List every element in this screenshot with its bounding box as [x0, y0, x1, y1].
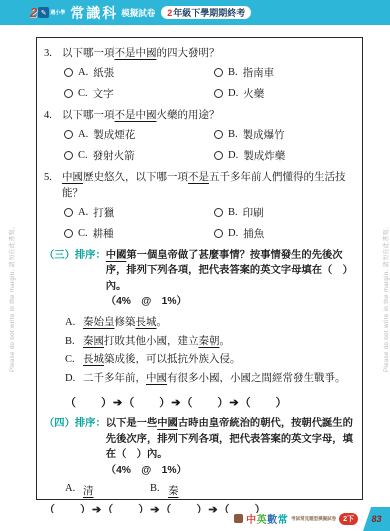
item-text: 秦國打敗其他小國，建立秦朝。: [83, 333, 230, 352]
margin-note-left: Please do not write in the margin. 請勿在此書…: [7, 222, 16, 372]
section-4-item-b: B. 秦: [150, 483, 235, 498]
pencil-icon: ✎: [38, 7, 49, 18]
option-4b[interactable]: B. 製成爆竹: [214, 127, 354, 142]
section-3-answer-sequence: （ ）➔（ ）➔（ ）➔（ ）: [65, 394, 354, 410]
section-3-items: A. 秦始皇修築長城。 B. 秦國打敗其他小國，建立秦朝。 C. 長城築成後，可…: [65, 314, 354, 390]
question-3-text: 以下哪一項不是中國的四大發明？: [62, 46, 354, 61]
option-5b-label: B.: [228, 207, 238, 218]
exam-page: 2 ✎ 週小學 常識科 模擬試卷 2 年級下學期期終考 Please do no…: [0, 0, 390, 531]
option-4d-text: 製成炸藥: [243, 148, 285, 163]
option-3b-label: B.: [228, 67, 238, 78]
section-4-instruction-text: 以下是一些中國古時由皇帝統治的朝代，按朝代誕生的先後次序，排列下列各項，把代表答…: [106, 418, 353, 460]
item-text: 秦: [168, 483, 179, 498]
item-label: B.: [65, 333, 79, 352]
option-4d[interactable]: D. 製成炸藥: [214, 148, 354, 163]
footer-brand-icon: [234, 514, 243, 523]
option-3c[interactable]: C. 文字: [64, 86, 214, 101]
option-5c[interactable]: C. 耕種: [64, 226, 214, 241]
subject-title: 常識科: [70, 3, 118, 23]
option-3c-label: C.: [78, 88, 88, 99]
section-3-item-b: B. 秦國打敗其他小國，建立秦朝。: [65, 333, 354, 352]
option-4b-text: 製成爆竹: [243, 127, 285, 142]
brand-logo: 2 ✎ 週小學: [30, 5, 65, 20]
item-text: 二千多年前，中國有很多小國，小國之間經常發生戰爭。: [83, 370, 346, 389]
section-4-item-a: A. 清: [65, 483, 150, 498]
option-3d-text: 火藥: [243, 86, 264, 101]
item-text: 長城築成後，可以抵抗外族入侵。: [83, 351, 241, 370]
option-4c[interactable]: C. 發射火箭: [64, 148, 214, 163]
radio-icon[interactable]: [64, 130, 73, 139]
radio-icon[interactable]: [64, 229, 73, 238]
section-3-instruction-text: 中國第一個皇帝做了甚麼事情？按事情發生的先後次序，排列下列各項，把代表答案的英文…: [106, 250, 353, 292]
option-5d[interactable]: D. 捕魚: [214, 226, 354, 241]
option-5a-text: 打獵: [93, 205, 114, 220]
option-3a[interactable]: A. 紙張: [64, 65, 214, 80]
section-3-instructions: 中國第一個皇帝做了甚麼事情？按事情發生的先後次序，排列下列各項，把代表答案的英文…: [106, 248, 354, 310]
footer-subtitle: 考試常見題型模擬試卷: [291, 516, 336, 522]
option-5a-label: A.: [78, 207, 88, 218]
option-5c-label: C.: [78, 228, 88, 239]
item-label: D.: [65, 370, 79, 389]
radio-icon[interactable]: [214, 208, 223, 217]
section-4-marks: （4% @ 1%）: [106, 463, 354, 478]
section-4-instructions: 以下是一些中國古時由皇帝統治的朝代，按朝代誕生的先後次序，排列下列各項，把代表答…: [106, 416, 354, 478]
paper-type-label: 模擬試卷: [121, 7, 155, 19]
header-bar: 2 ✎ 週小學 常識科 模擬試卷 2 年級下學期期終考: [0, 0, 390, 25]
radio-icon[interactable]: [64, 208, 73, 217]
item-label: B.: [150, 483, 164, 498]
radio-icon[interactable]: [214, 89, 223, 98]
radio-icon[interactable]: [214, 151, 223, 160]
option-3b-text: 指南車: [243, 65, 275, 80]
brand-logo-text: 週小學: [50, 9, 65, 16]
option-3b[interactable]: B. 指南車: [214, 65, 354, 80]
radio-icon[interactable]: [214, 229, 223, 238]
question-3-options: A. 紙張 B. 指南車 C. 文字 D. 火藥: [64, 65, 354, 101]
brand-logo-number: 2: [30, 5, 37, 20]
item-label: A.: [65, 314, 79, 333]
item-label: C.: [65, 351, 79, 370]
option-5d-label: D.: [228, 228, 238, 239]
question-4-options: A. 製成煙花 B. 製成爆竹 C. 發射火箭 D. 製成炸藥: [64, 127, 354, 163]
question-5: 5. 中國歷史悠久，以下哪一項不是五千多年前人們懂得的生活技能？: [44, 170, 354, 200]
badge-grade-text: 年級下學期期終考: [173, 6, 245, 19]
badge-grade-number: 2: [167, 8, 172, 18]
radio-icon[interactable]: [64, 89, 73, 98]
section-3-label: （三）排序：: [44, 248, 106, 310]
option-4c-text: 發射火箭: [93, 148, 135, 163]
margin-note-right: Please do not write in the margin. 請勿在此書…: [381, 222, 390, 372]
section-3-item-d: D. 二千多年前，中國有很多小國，小國之間經常發生戰爭。: [65, 370, 354, 389]
option-4d-label: D.: [228, 150, 238, 161]
item-label: A.: [65, 483, 79, 498]
question-4: 4. 以下哪一項不是中國火藥的用途？: [44, 108, 354, 123]
section-4-label: （四）排序：: [44, 416, 106, 478]
page-number: 83: [371, 514, 381, 524]
radio-icon[interactable]: [214, 130, 223, 139]
question-5-number: 5.: [44, 170, 58, 200]
section-3-header: （三）排序： 中國第一個皇帝做了甚麼事情？按事情發生的先後次序，排列下列各項，把…: [44, 248, 354, 310]
option-3d-label: D.: [228, 88, 238, 99]
question-5-text: 中國歷史悠久，以下哪一項不是五千多年前人們懂得的生活技能？: [62, 170, 354, 200]
section-3-item-c: C. 長城築成後，可以抵抗外族入侵。: [65, 351, 354, 370]
footer-series-title: 中英數常: [246, 511, 288, 526]
item-text: 清: [83, 483, 94, 498]
option-4a-text: 製成煙花: [93, 127, 135, 142]
option-5d-text: 捕魚: [243, 226, 264, 241]
footer-level-badge: 2下: [339, 513, 358, 525]
option-3a-text: 紙張: [93, 65, 114, 80]
option-5b[interactable]: B. 印刷: [214, 205, 354, 220]
page-number-tab: 83: [363, 507, 390, 531]
option-5a[interactable]: A. 打獵: [64, 205, 214, 220]
section-4-header: （四）排序： 以下是一些中國古時由皇帝統治的朝代，按朝代誕生的先後次序，排列下列…: [44, 416, 354, 478]
grade-term-badge: 2 年級下學期期終考: [161, 6, 251, 19]
footer: 中英數常 考試常見題型模擬試卷 2下: [234, 511, 358, 526]
option-3a-label: A.: [78, 67, 88, 78]
option-3c-text: 文字: [93, 86, 114, 101]
option-5b-text: 印刷: [243, 205, 264, 220]
section-3-item-a: A. 秦始皇修築長城。: [65, 314, 354, 333]
question-5-options: A. 打獵 B. 印刷 C. 耕種 D. 捕魚: [64, 205, 354, 241]
question-3: 3. 以下哪一項不是中國的四大發明？: [44, 46, 354, 61]
option-4b-label: B.: [228, 129, 238, 140]
option-4c-label: C.: [78, 150, 88, 161]
radio-icon[interactable]: [214, 68, 223, 77]
section-4-items: A. 清 B. 秦 C. 唐 D. 漢: [65, 483, 354, 500]
question-4-text: 以下哪一項不是中國火藥的用途？: [62, 108, 354, 123]
question-box: 3. 以下哪一項不是中國的四大發明？ A. 紙張 B. 指南車 C. 文字 D.: [36, 37, 363, 500]
question-3-number: 3.: [44, 46, 58, 61]
option-4a[interactable]: A. 製成煙花: [64, 127, 214, 142]
option-4a-label: A.: [78, 129, 88, 140]
radio-icon[interactable]: [64, 151, 73, 160]
section-3-marks: （4% @ 1%）: [106, 294, 354, 309]
radio-icon[interactable]: [64, 68, 73, 77]
question-4-number: 4.: [44, 108, 58, 123]
option-5c-text: 耕種: [93, 226, 114, 241]
option-3d[interactable]: D. 火藥: [214, 86, 354, 101]
item-text: 秦始皇修築長城。: [83, 314, 167, 333]
